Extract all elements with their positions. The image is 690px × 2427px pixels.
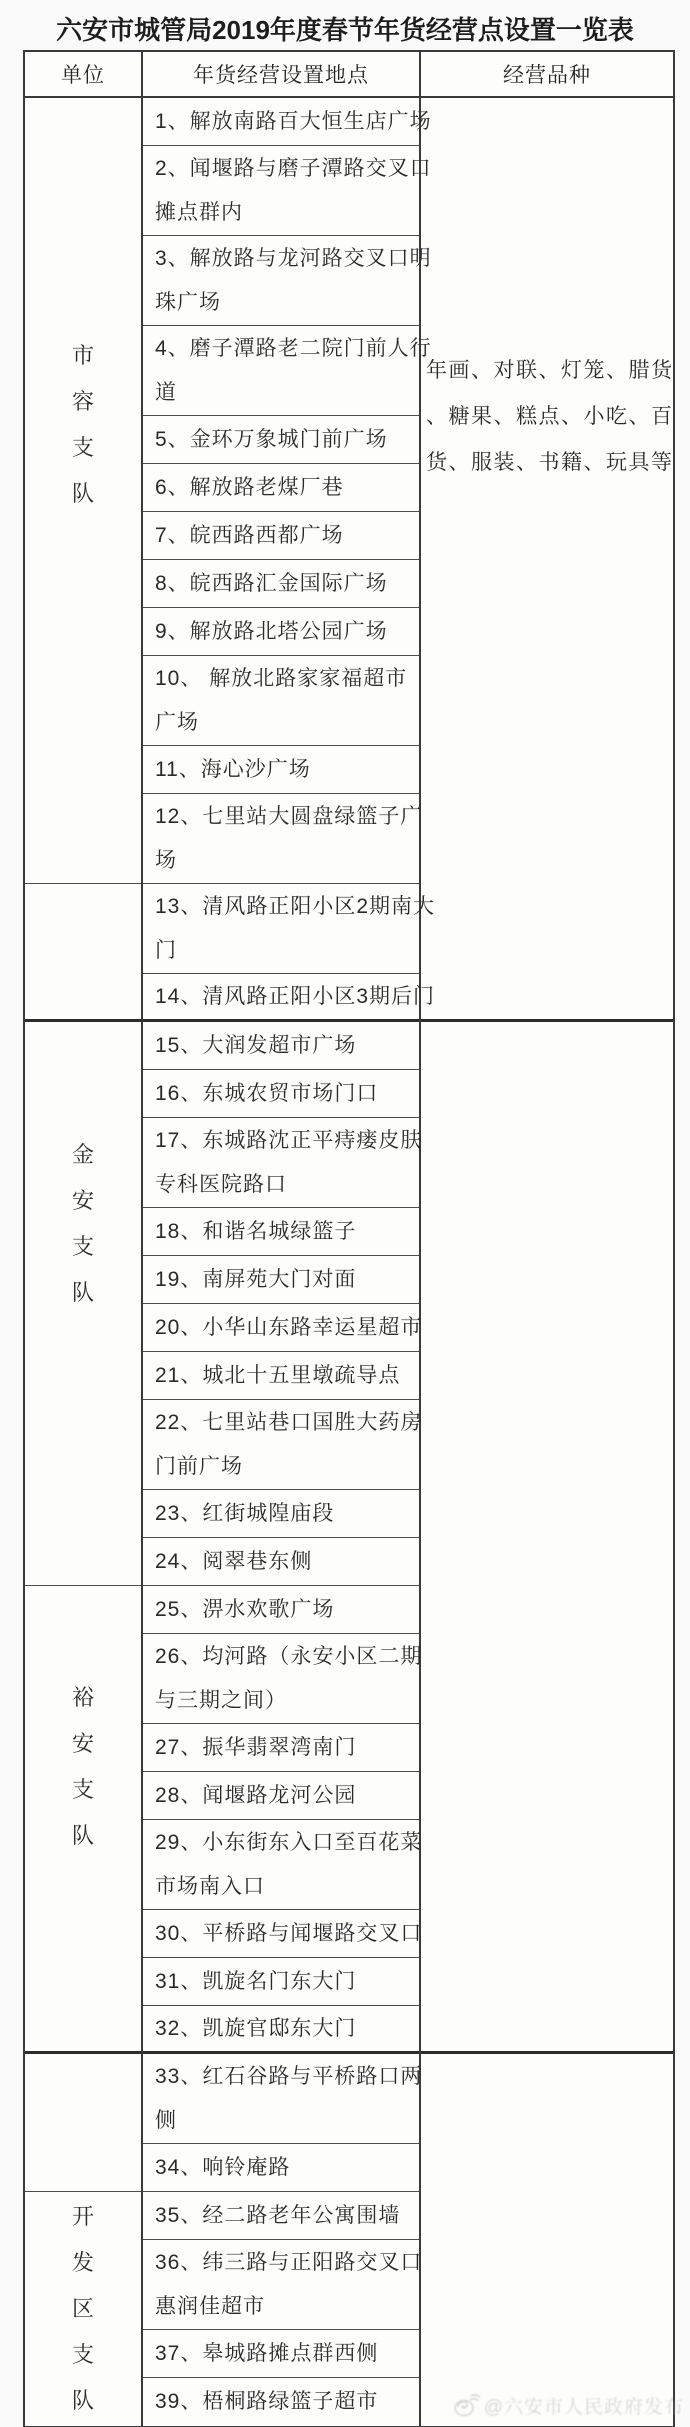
location-text: 17、东城路沈正平痔瘘皮肤 xyxy=(155,1119,419,1163)
table-row: 26、均河路（永安小区二期与三期之间） xyxy=(143,1634,419,1724)
table-row: 6、解放路老煤厂巷 xyxy=(143,464,419,512)
location-text: 30、平桥路与闻堰路交叉口 xyxy=(155,1912,419,1956)
unit-cell: 裕安支队 xyxy=(25,1586,141,2054)
table-row: 18、和谐名城绿篮子 xyxy=(143,1208,419,1256)
table-row: 35、经二路老年公寓围墙 xyxy=(143,2192,419,2240)
unit-cell: 市容支队 xyxy=(25,98,141,884)
table-row: 5、金环万象城门前广场 xyxy=(143,416,419,464)
location-text: 29、小东街东入口至百花菜 xyxy=(155,1821,419,1865)
location-text: 13、清风路正阳小区2期南大 xyxy=(155,885,419,929)
unit-label: 金安支队 xyxy=(70,1132,96,1316)
table-row: 34、响铃庵路 xyxy=(143,2144,419,2192)
location-column: 1、解放南路百大恒生店广场 2、闻堰路与磨子潭路交叉口摊点群内 3、解放路与龙河… xyxy=(143,98,421,2426)
unit-label: 开发区支队 xyxy=(70,2194,96,2424)
location-text: 28、闻堰路龙河公园 xyxy=(155,1774,419,1818)
header-cell-goods: 经营品种 xyxy=(421,52,673,96)
location-text: 5、金环万象城门前广场 xyxy=(155,418,419,462)
header-cell-unit: 单位 xyxy=(25,52,143,96)
table-row: 4、磨子潭路老二院门前人行道 xyxy=(143,326,419,416)
table-row: 16、东城农贸市场门口 xyxy=(143,1070,419,1118)
table-row: 21、城北十五里墩疏导点 xyxy=(143,1352,419,1400)
location-text: 11、海心沙广场 xyxy=(155,748,419,792)
header-row: 单位 年货经营设置地点 经营品种 xyxy=(25,52,673,98)
goods-column: 年画、对联、灯笼、腊货 、糖果、糕点、小吃、百 货、服装、书籍、玩具等 xyxy=(421,98,673,2426)
location-text: 9、解放路北塔公园广场 xyxy=(155,610,419,654)
location-text: 2、闻堰路与磨子潭路交叉口 xyxy=(155,147,419,191)
location-text: 34、响铃庵路 xyxy=(155,2146,419,2190)
weibo-icon xyxy=(452,2394,480,2418)
table-row: 33、红石谷路与平桥路口两侧 xyxy=(143,2054,419,2144)
location-text: 4、磨子潭路老二院门前人行 xyxy=(155,327,419,371)
location-text: 16、东城农贸市场门口 xyxy=(155,1072,419,1116)
table-row: 12、七里站大圆盘绿篮子广场 xyxy=(143,794,419,884)
location-text: 21、城北十五里墩疏导点 xyxy=(155,1354,419,1398)
table-row: 28、闻堰路龙河公园 xyxy=(143,1772,419,1820)
table-row: 10、 解放北路家家福超市广场 xyxy=(143,656,419,746)
unit-cell: 金安支队 xyxy=(25,1022,141,1586)
table-row: 29、小东街东入口至百花菜市场南入口 xyxy=(143,1820,419,1910)
table-row: 30、平桥路与闻堰路交叉口 xyxy=(143,1910,419,1958)
location-text: 25、淠水欢歌广场 xyxy=(155,1588,419,1632)
location-text: 32、凯旋官邸东大门 xyxy=(155,2007,419,2051)
unit-column: 市容支队 金安支队 裕安支队 开发区支队 xyxy=(25,98,143,2426)
location-text: 33、红石谷路与平桥路口两 xyxy=(155,2055,419,2099)
location-text: 26、均河路（永安小区二期 xyxy=(155,1635,419,1679)
table-row: 24、阅翠巷东侧 xyxy=(143,1538,419,1586)
table-row: 15、大润发超市广场 xyxy=(143,1022,419,1070)
goods-cell xyxy=(421,2054,673,2426)
table-row: 11、海心沙广场 xyxy=(143,746,419,794)
location-text: 1、解放南路百大恒生店广场 xyxy=(155,100,419,144)
table-row: 25、淠水欢歌广场 xyxy=(143,1586,419,1634)
location-text: 35、经二路老年公寓围墙 xyxy=(155,2194,419,2238)
table-row: 32、凯旋官邸东大门 xyxy=(143,2006,419,2054)
table-row: 2、闻堰路与磨子潭路交叉口摊点群内 xyxy=(143,146,419,236)
table-row: 14、清风路正阳小区3期后门 xyxy=(143,974,419,1022)
goods-text: 年画、对联、灯笼、腊货 、糖果、糕点、小吃、百 货、服装、书籍、玩具等 xyxy=(421,98,673,486)
location-text: 14、清风路正阳小区3期后门 xyxy=(155,975,419,1019)
goods-table: 单位 年货经营设置地点 经营品种 市容支队 金安支队 裕安支队 开发区支队 1、… xyxy=(23,50,675,2427)
watermark: @六安市人民政府发布 xyxy=(452,2392,684,2419)
watermark-text: @六安市人民政府发布 xyxy=(484,2392,684,2419)
location-text: 20、小华山东路幸运星超市 xyxy=(155,1306,419,1350)
table-row: 13、清风路正阳小区2期南大门 xyxy=(143,884,419,974)
table-row: 20、小华山东路幸运星超市 xyxy=(143,1304,419,1352)
goods-cell: 年画、对联、灯笼、腊货 、糖果、糕点、小吃、百 货、服装、书籍、玩具等 xyxy=(421,98,673,1022)
table-row: 8、皖西路汇金国际广场 xyxy=(143,560,419,608)
table-row: 3、解放路与龙河路交叉口明珠广场 xyxy=(143,236,419,326)
table-row: 7、皖西路西都广场 xyxy=(143,512,419,560)
page-title: 六安市城管局2019年度春节年货经营点设置一览表 xyxy=(0,10,690,47)
location-text: 24、阅翠巷东侧 xyxy=(155,1540,419,1584)
unit-cell: 开发区支队 xyxy=(25,2192,141,2426)
location-text: 10、 解放北路家家福超市 xyxy=(155,657,419,701)
location-text: 27、振华翡翠湾南门 xyxy=(155,1726,419,1770)
table-row: 23、红街城隍庙段 xyxy=(143,1490,419,1538)
location-text: 31、凯旋名门东大门 xyxy=(155,1960,419,2004)
location-text: 23、红街城隍庙段 xyxy=(155,1492,419,1536)
goods-text-line: 货、服装、书籍、玩具等 xyxy=(426,440,669,486)
location-text: 22、七里站巷口国胜大药房 xyxy=(155,1401,419,1445)
table-row: 27、振华翡翠湾南门 xyxy=(143,1724,419,1772)
header-cell-location: 年货经营设置地点 xyxy=(143,52,421,96)
table-row: 31、凯旋名门东大门 xyxy=(143,1958,419,2006)
location-text: 18、和谐名城绿篮子 xyxy=(155,1210,419,1254)
table-row: 9、解放路北塔公园广场 xyxy=(143,608,419,656)
location-text: 7、皖西路西都广场 xyxy=(155,514,419,558)
location-text: 6、解放路老煤厂巷 xyxy=(155,466,419,510)
table-row: 17、东城路沈正平痔瘘皮肤专科医院路口 xyxy=(143,1118,419,1208)
location-text: 39、梧桐路绿篮子超市 xyxy=(155,2380,419,2424)
location-text: 8、皖西路汇金国际广场 xyxy=(155,562,419,606)
table-row: 37、皋城路摊点群西侧 xyxy=(143,2330,419,2378)
table-row: 1、解放南路百大恒生店广场 xyxy=(143,98,419,146)
unit-label: 市容支队 xyxy=(70,333,96,517)
goods-text-line: 、糖果、糕点、小吃、百 xyxy=(426,394,669,440)
unit-label: 裕安支队 xyxy=(70,1675,96,1859)
table-body: 市容支队 金安支队 裕安支队 开发区支队 1、解放南路百大恒生店广场 2、闻堰路… xyxy=(25,98,673,2426)
location-text: 36、纬三路与正阳路交叉口 xyxy=(155,2241,419,2285)
location-text: 19、南屏苑大门对面 xyxy=(155,1258,419,1302)
table-row: 22、七里站巷口国胜大药房门前广场 xyxy=(143,1400,419,1490)
table-row: 19、南屏苑大门对面 xyxy=(143,1256,419,1304)
location-text: 37、皋城路摊点群西侧 xyxy=(155,2332,419,2376)
goods-text-line: 年画、对联、灯笼、腊货 xyxy=(426,348,669,394)
location-text: 3、解放路与龙河路交叉口明 xyxy=(155,237,419,281)
goods-cell xyxy=(421,1022,673,2054)
location-text: 15、大润发超市广场 xyxy=(155,1024,419,1068)
unit-cell xyxy=(25,2054,141,2192)
unit-cell xyxy=(25,884,141,1022)
location-text: 12、七里站大圆盘绿篮子广 xyxy=(155,795,419,839)
table-row: 39、梧桐路绿篮子超市 xyxy=(143,2378,419,2426)
table-row: 36、纬三路与正阳路交叉口惠润佳超市 xyxy=(143,2240,419,2330)
